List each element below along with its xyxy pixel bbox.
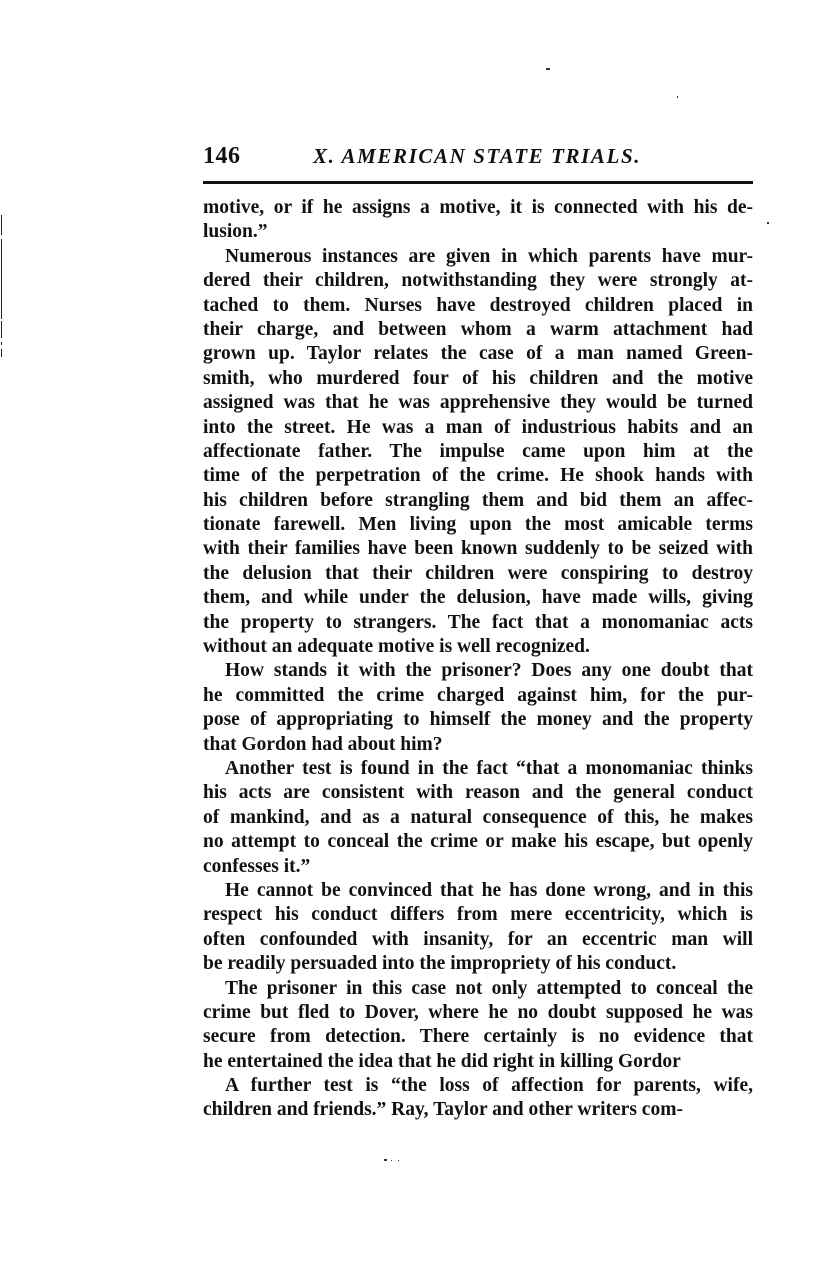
scan-speck <box>677 96 678 98</box>
paragraph: A further test is “the loss of affection… <box>203 1074 753 1123</box>
text-line: children and friends.” Ray, Taylor and o… <box>203 1098 753 1122</box>
text-line: without an adequate motive is well recog… <box>203 635 753 659</box>
paragraph: Another test is found in the fact “that … <box>203 757 753 879</box>
text-line: of mankind, and as a natural consequence… <box>203 806 753 830</box>
text-line: motive, or if he assigns a motive, it is… <box>203 196 753 220</box>
text-line: his children before strangling them and … <box>203 489 753 513</box>
header-rule <box>203 181 753 184</box>
margin-scan-mark <box>1 215 2 235</box>
text-line: the delusion that their children were co… <box>203 562 753 586</box>
margin-scan-mark <box>1 239 2 319</box>
text-line: Another test is found in the fact “that … <box>203 757 753 781</box>
margin-scan-mark <box>1 349 2 357</box>
running-head: 146 X. AMERICAN STATE TRIALS. <box>203 143 753 173</box>
scan-speck <box>391 1160 392 1161</box>
running-head-title: X. AMERICAN STATE TRIALS. <box>313 144 641 169</box>
paragraph: motive, or if he assigns a motive, it is… <box>203 196 753 245</box>
margin-scan-mark <box>1 321 2 338</box>
text-line: respect his conduct differs from mere ec… <box>203 903 753 927</box>
page-number: 146 <box>203 143 241 170</box>
text-line: the property to strangers. The fact that… <box>203 611 753 635</box>
paragraph: How stands it with the prisoner? Does an… <box>203 659 753 757</box>
paragraph: The prisoner in this case not only attem… <box>203 977 753 1075</box>
text-line: confesses it.” <box>203 855 753 879</box>
text-line: affectionate father. The impulse came up… <box>203 440 753 464</box>
text-line: tionate farewell. Men living upon the mo… <box>203 513 753 537</box>
text-line: his acts are consistent with reason and … <box>203 781 753 805</box>
text-line: The prisoner in this case not only attem… <box>203 977 753 1001</box>
text-line: into the street. He was a man of industr… <box>203 416 753 440</box>
text-line: pose of appropriating to himself the mon… <box>203 708 753 732</box>
paragraph: He cannot be convinced that he has done … <box>203 879 753 977</box>
text-line: dered their children, notwithstanding th… <box>203 269 753 293</box>
body-text: motive, or if he assigns a motive, it is… <box>203 196 753 1123</box>
scan-speck <box>384 1159 387 1161</box>
text-line: grown up. Taylor relates the case of a m… <box>203 342 753 366</box>
text-line: He cannot be convinced that he has done … <box>203 879 753 903</box>
text-line: smith, who murdered four of his children… <box>203 367 753 391</box>
text-line: their charge, and between whom a warm at… <box>203 318 753 342</box>
text-line: no attempt to conceal the crime or make … <box>203 830 753 854</box>
text-line: with their families have been known sudd… <box>203 537 753 561</box>
text-line: be readily persuaded into the impropriet… <box>203 952 753 976</box>
text-line: them, and while under the delusion, have… <box>203 586 753 610</box>
scan-speck <box>546 68 550 70</box>
scan-speck <box>398 1160 399 1161</box>
paragraph: Numerous instances are given in which pa… <box>203 245 753 660</box>
text-line: Numerous instances are given in which pa… <box>203 245 753 269</box>
text-line: lusion.” <box>203 220 753 244</box>
text-line: crime but fled to Dover, where he no dou… <box>203 1001 753 1025</box>
margin-scan-mark <box>1 342 2 345</box>
scan-speck <box>767 222 769 224</box>
text-line: secure from detection. There certainly i… <box>203 1025 753 1049</box>
text-line: assigned was that he was apprehensive th… <box>203 391 753 415</box>
text-line: time of the perpetration of the crime. H… <box>203 464 753 488</box>
scanned-book-page: 146 X. AMERICAN STATE TRIALS. motive, or… <box>0 0 836 1284</box>
text-line: often confounded with insanity, for an e… <box>203 928 753 952</box>
text-line: A further test is “the loss of affection… <box>203 1074 753 1098</box>
text-line: tached to them. Nurses have destroyed ch… <box>203 294 753 318</box>
text-line: How stands it with the prisoner? Does an… <box>203 659 753 683</box>
text-line: he committed the crime charged against h… <box>203 684 753 708</box>
text-line: that Gordon had about him? <box>203 733 753 757</box>
text-line: he entertained the idea that he did righ… <box>203 1050 753 1074</box>
